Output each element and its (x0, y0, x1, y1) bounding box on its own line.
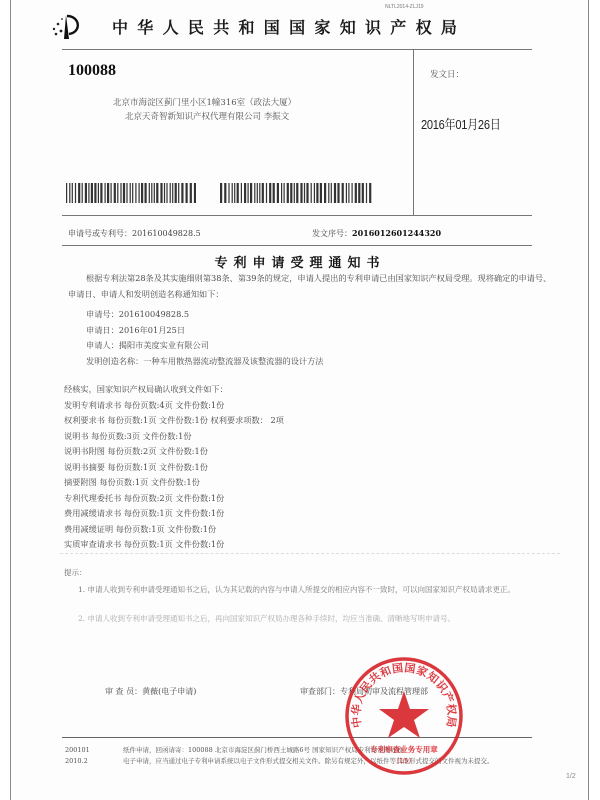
note-item: 2. 申请人收到专利申请受理通知书之后，再向国家知识产权局办理各种手续时，均应当… (64, 611, 564, 626)
notes-title: 提示： (64, 567, 87, 578)
send-date-label: 发文日： (430, 68, 464, 80)
form-code: NLTL2014-ZLJ19 (385, 4, 424, 10)
examiner-label: 审 查 员： (105, 687, 142, 696)
notes-separator (60, 553, 560, 554)
documents-intro: 经核实，国家知识产权局确认收到文件如下： (64, 382, 284, 398)
svg-text:专利审查业务专用章: 专利审查业务专用章 (370, 744, 438, 754)
org-name: 中华人民共和国国家知识产权局 (112, 15, 466, 38)
application-number-label: 申请号或专利号： (68, 229, 132, 238)
send-date-value: 2016年01月26日 (421, 114, 501, 133)
document-item: 说明书附图 每份页数:2页 文件份数:1份 (64, 444, 284, 460)
document-title: 专利申请受理通知书 (0, 252, 600, 271)
dept-label: 审查部门： (300, 687, 340, 696)
field-application-number: 申请号：201610049828.5 (86, 307, 323, 323)
field-application-date: 申请日：2016年01月25日 (86, 323, 323, 339)
document-item: 说明书摘要 每份页数:1页 文件份数:1份 (64, 460, 284, 476)
field-invention-title: 发明创造名称：一种车用散热器流动整流器及该整流器的设计方法 (86, 354, 323, 370)
serial-number-label: 发文序号： (312, 229, 352, 238)
application-fields: 申请号：201610049828.5 申请日：2016年01月25日 申请人：揭… (86, 307, 323, 369)
document-item: 说明书 每份页数:3页 文件份数:1份 (64, 429, 284, 445)
official-seal-icon: 中华人民共和国国家知识产权局 专利审查业务专用章 (15) (343, 655, 465, 777)
examiner: 审 查 员：黄薇(电子申请) (105, 686, 196, 697)
footer-codes: 200101 2010.2 (65, 745, 90, 767)
received-documents: 经核实，国家知识产权局确认收到文件如下： 发明专利请求书 每份页数:4页 文件份… (64, 382, 284, 553)
recipient-address: 北京市海淀区蓟门里小区1幢316室（政法大厦） (113, 96, 296, 108)
document-item: 摘要附图 每份页数:1页 文件份数:1份 (64, 475, 284, 491)
header-divider (413, 50, 414, 216)
examiner-value: 黄薇(电子申请) (142, 687, 196, 696)
serial-number-value: 2016012601244320 (352, 228, 441, 238)
barcode-left (66, 183, 196, 203)
intro-paragraph: 根据专利法第28条及其实施细则第38条、第39条的规定，申请人提出的专利申请已由… (68, 270, 558, 302)
postcode: 100088 (68, 62, 116, 80)
document-item: 专利代理委托书 每份页数:2页 文件份数:1份 (64, 491, 284, 507)
barcode-right (220, 183, 372, 203)
document-item: 权利要求书 每份页数:1页 文件份数:1份 权利要求项数： 2项 (64, 413, 284, 429)
barcode-rule (62, 215, 532, 216)
svg-text:(15): (15) (397, 757, 412, 765)
serial-number: 发文序号：2016012601244320 (312, 228, 441, 239)
document-item: 实质审查请求书 每份页数:1页 文件份数:1份 (64, 537, 284, 553)
application-number: 申请号或专利号：201610049828.5 (68, 228, 201, 239)
document-item: 发明专利请求书 每份页数:4页 文件份数:1份 (64, 398, 284, 414)
field-applicant: 申请人：揭阳市美度实业有限公司 (86, 338, 323, 354)
document-item: 费用减缓证明 每份页数:1页 文件份数:1份 (64, 522, 284, 538)
note-item: 1. 申请人收到专利申请受理通知书之后，认为其记载的内容与申请人所提交的相应内容… (64, 582, 564, 597)
application-number-value: 201610049828.5 (132, 229, 201, 238)
document-item: 费用减缓请求书 每份页数:1页 文件份数:1份 (64, 506, 284, 522)
meta-rule (62, 245, 532, 246)
header-rule (62, 49, 532, 50)
cnipa-logo-icon (50, 12, 84, 40)
recipient-agency: 北京天奇智新知识产权代理有限公司 李振文 (125, 110, 289, 122)
page-number: 1/2 (566, 773, 576, 780)
